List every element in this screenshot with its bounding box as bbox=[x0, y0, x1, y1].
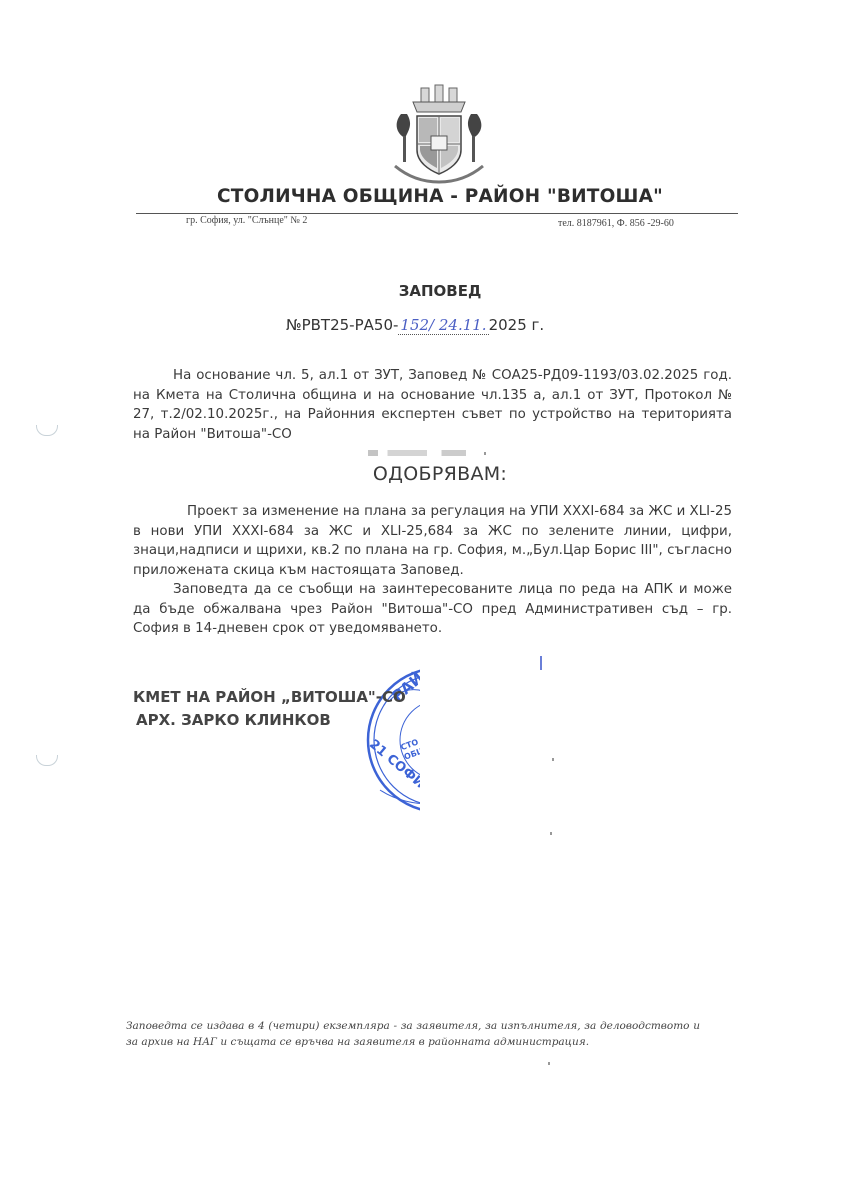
basis-paragraph: На основание чл. 5, ал.1 от ЗУТ, Заповед… bbox=[133, 366, 732, 444]
stamp-fragment bbox=[540, 656, 542, 670]
punch-hole-mark bbox=[36, 755, 58, 766]
handwritten-number-date: 152/ 24.11. bbox=[398, 316, 488, 335]
redaction-block bbox=[420, 650, 542, 850]
document-type-heading: ЗАПОВЕД bbox=[300, 282, 580, 300]
scan-speck bbox=[552, 758, 554, 761]
scan-speck bbox=[550, 832, 552, 835]
organization-address: гр. София, ул. "Слънце" № 2 bbox=[186, 215, 307, 226]
approve-heading: ОДОБРЯВАМ: bbox=[300, 463, 580, 485]
scan-speck bbox=[484, 452, 486, 455]
signatory-title: КМЕТ НА РАЙОН „ВИТОША"-СО bbox=[133, 688, 406, 706]
project-paragraph: Проект за изменение на плана за регулаци… bbox=[133, 502, 732, 580]
organization-contacts: тел. 8187961, Ф. 856 -29-60 bbox=[558, 218, 674, 229]
organization-name: СТОЛИЧНА ОБЩИНА - РАЙОН "ВИТОША" bbox=[130, 186, 750, 207]
scan-speck bbox=[548, 1062, 550, 1065]
document-number-year: 2025 г. bbox=[489, 316, 545, 334]
document-number: №РВТ25-РА50-152/ 24.11.2025 г. bbox=[286, 316, 544, 334]
distribution-note: Заповедта се издава в 4 (четири) екземпл… bbox=[126, 1018, 700, 1050]
coat-of-arms-icon bbox=[387, 84, 491, 186]
header-divider bbox=[136, 213, 738, 214]
notice-paragraph: Заповедта да се съобщи на заинтересовани… bbox=[133, 580, 732, 639]
signatory-name: АРХ. ЗАРКО КЛИНКОВ bbox=[136, 711, 331, 729]
scan-smudge bbox=[368, 450, 466, 456]
punch-hole-mark bbox=[36, 425, 58, 436]
document-number-prefix: №РВТ25-РА50- bbox=[286, 316, 398, 334]
